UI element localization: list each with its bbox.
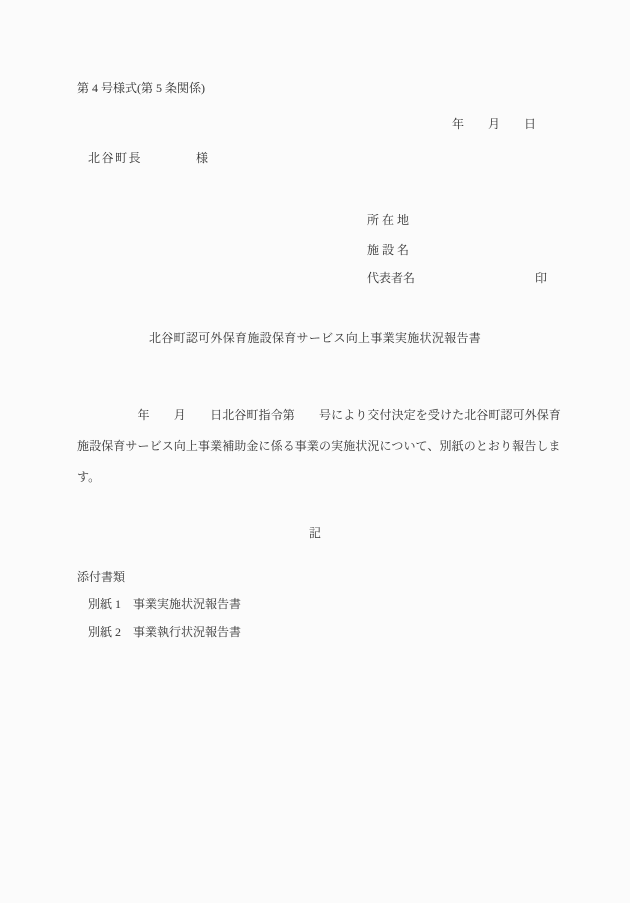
form-number: 第 4 号様式(第 5 条関係) (77, 80, 205, 96)
sender-representative-label: 代表者名 (367, 270, 415, 286)
date-line: 年 月 日 (452, 116, 536, 132)
record-mark: 記 (0, 525, 630, 541)
sender-address-label: 所 在 地 (367, 212, 409, 228)
attachment-item: 別紙 2 事業執行状況報告書 (88, 624, 241, 640)
attachment-item: 別紙 1 事業実施状況報告書 (88, 596, 241, 612)
document-title: 北谷町認可外保育施設保育サービス向上事業実施状況報告書 (0, 330, 630, 346)
body-paragraph: 年 月 日北谷町指令第 号により交付決定を受けた北谷町認可外保育 施設保育サービ… (77, 400, 577, 493)
body-line: 年 月 日北谷町指令第 号により交付決定を受けた北谷町認可外保育 (77, 400, 577, 431)
attachments-label: 添付書類 (77, 569, 125, 585)
report-form-page: 第 4 号様式(第 5 条関係) 年 月 日 北谷町長 様 所 在 地 施 設 … (0, 0, 630, 903)
seal-mark: 印 (535, 270, 547, 286)
body-line: す。 (77, 462, 577, 493)
sender-facility-label: 施 設 名 (367, 242, 409, 258)
recipient-line: 北谷町長 様 (88, 150, 210, 166)
body-line: 施設保育サービス向上事業補助金に係る事業の実施状況について、別紙のとおり報告しま (77, 431, 577, 462)
